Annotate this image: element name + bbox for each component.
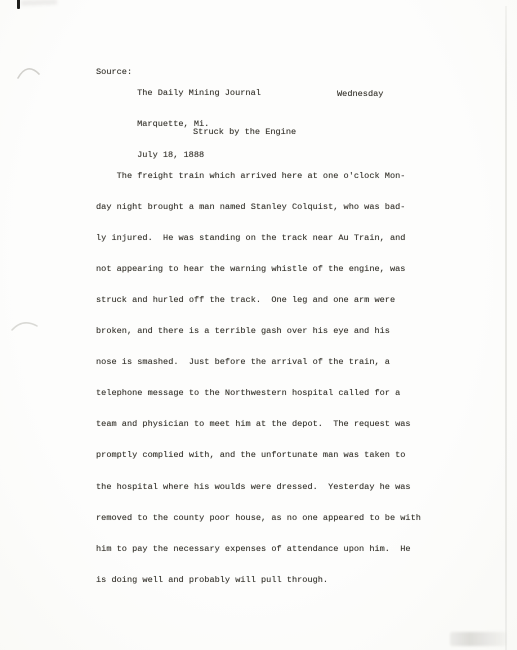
faint-stamp-smudge [450, 632, 506, 646]
body-line: the hospital where his woulds were dress… [96, 482, 421, 492]
binder-ring-arc-top [15, 61, 43, 81]
scan-smudge-top [21, 0, 57, 6]
paper-edge-shadow [505, 6, 507, 650]
body-line: telephone message to the Northwestern ho… [96, 388, 421, 398]
article-body: The freight train which arrived here at … [96, 151, 421, 606]
binder-ring-arc-middle [10, 318, 40, 334]
body-line: team and physician to meet him at the de… [96, 419, 421, 429]
ink-tick-mark [17, 0, 20, 9]
source-line-publication: The Daily Mining Journal [137, 88, 261, 98]
article-title: Struck by the Engine [193, 127, 296, 137]
body-line: broken, and there is a terrible gash ove… [96, 326, 421, 336]
body-line: him to pay the necessary expenses of att… [96, 544, 421, 554]
body-line: promptly complied with, and the unfortun… [96, 450, 421, 460]
body-line: not appearing to hear the warning whistl… [96, 264, 421, 274]
body-line: struck and hurled off the track. One leg… [96, 295, 421, 305]
scanned-document-page: Source: The Daily Mining Journal Marquet… [0, 0, 517, 650]
weekday-label: Wednesday [337, 89, 383, 99]
body-line: ly injured. He was standing on the track… [96, 233, 421, 243]
body-line: day night brought a man named Stanley Co… [96, 202, 421, 212]
body-line: nose is smashed. Just before the arrival… [96, 357, 421, 367]
body-line: is doing well and probably will pull thr… [96, 575, 421, 585]
body-line: The freight train which arrived here at … [96, 171, 421, 181]
body-line: removed to the county poor house, as no … [96, 513, 421, 523]
